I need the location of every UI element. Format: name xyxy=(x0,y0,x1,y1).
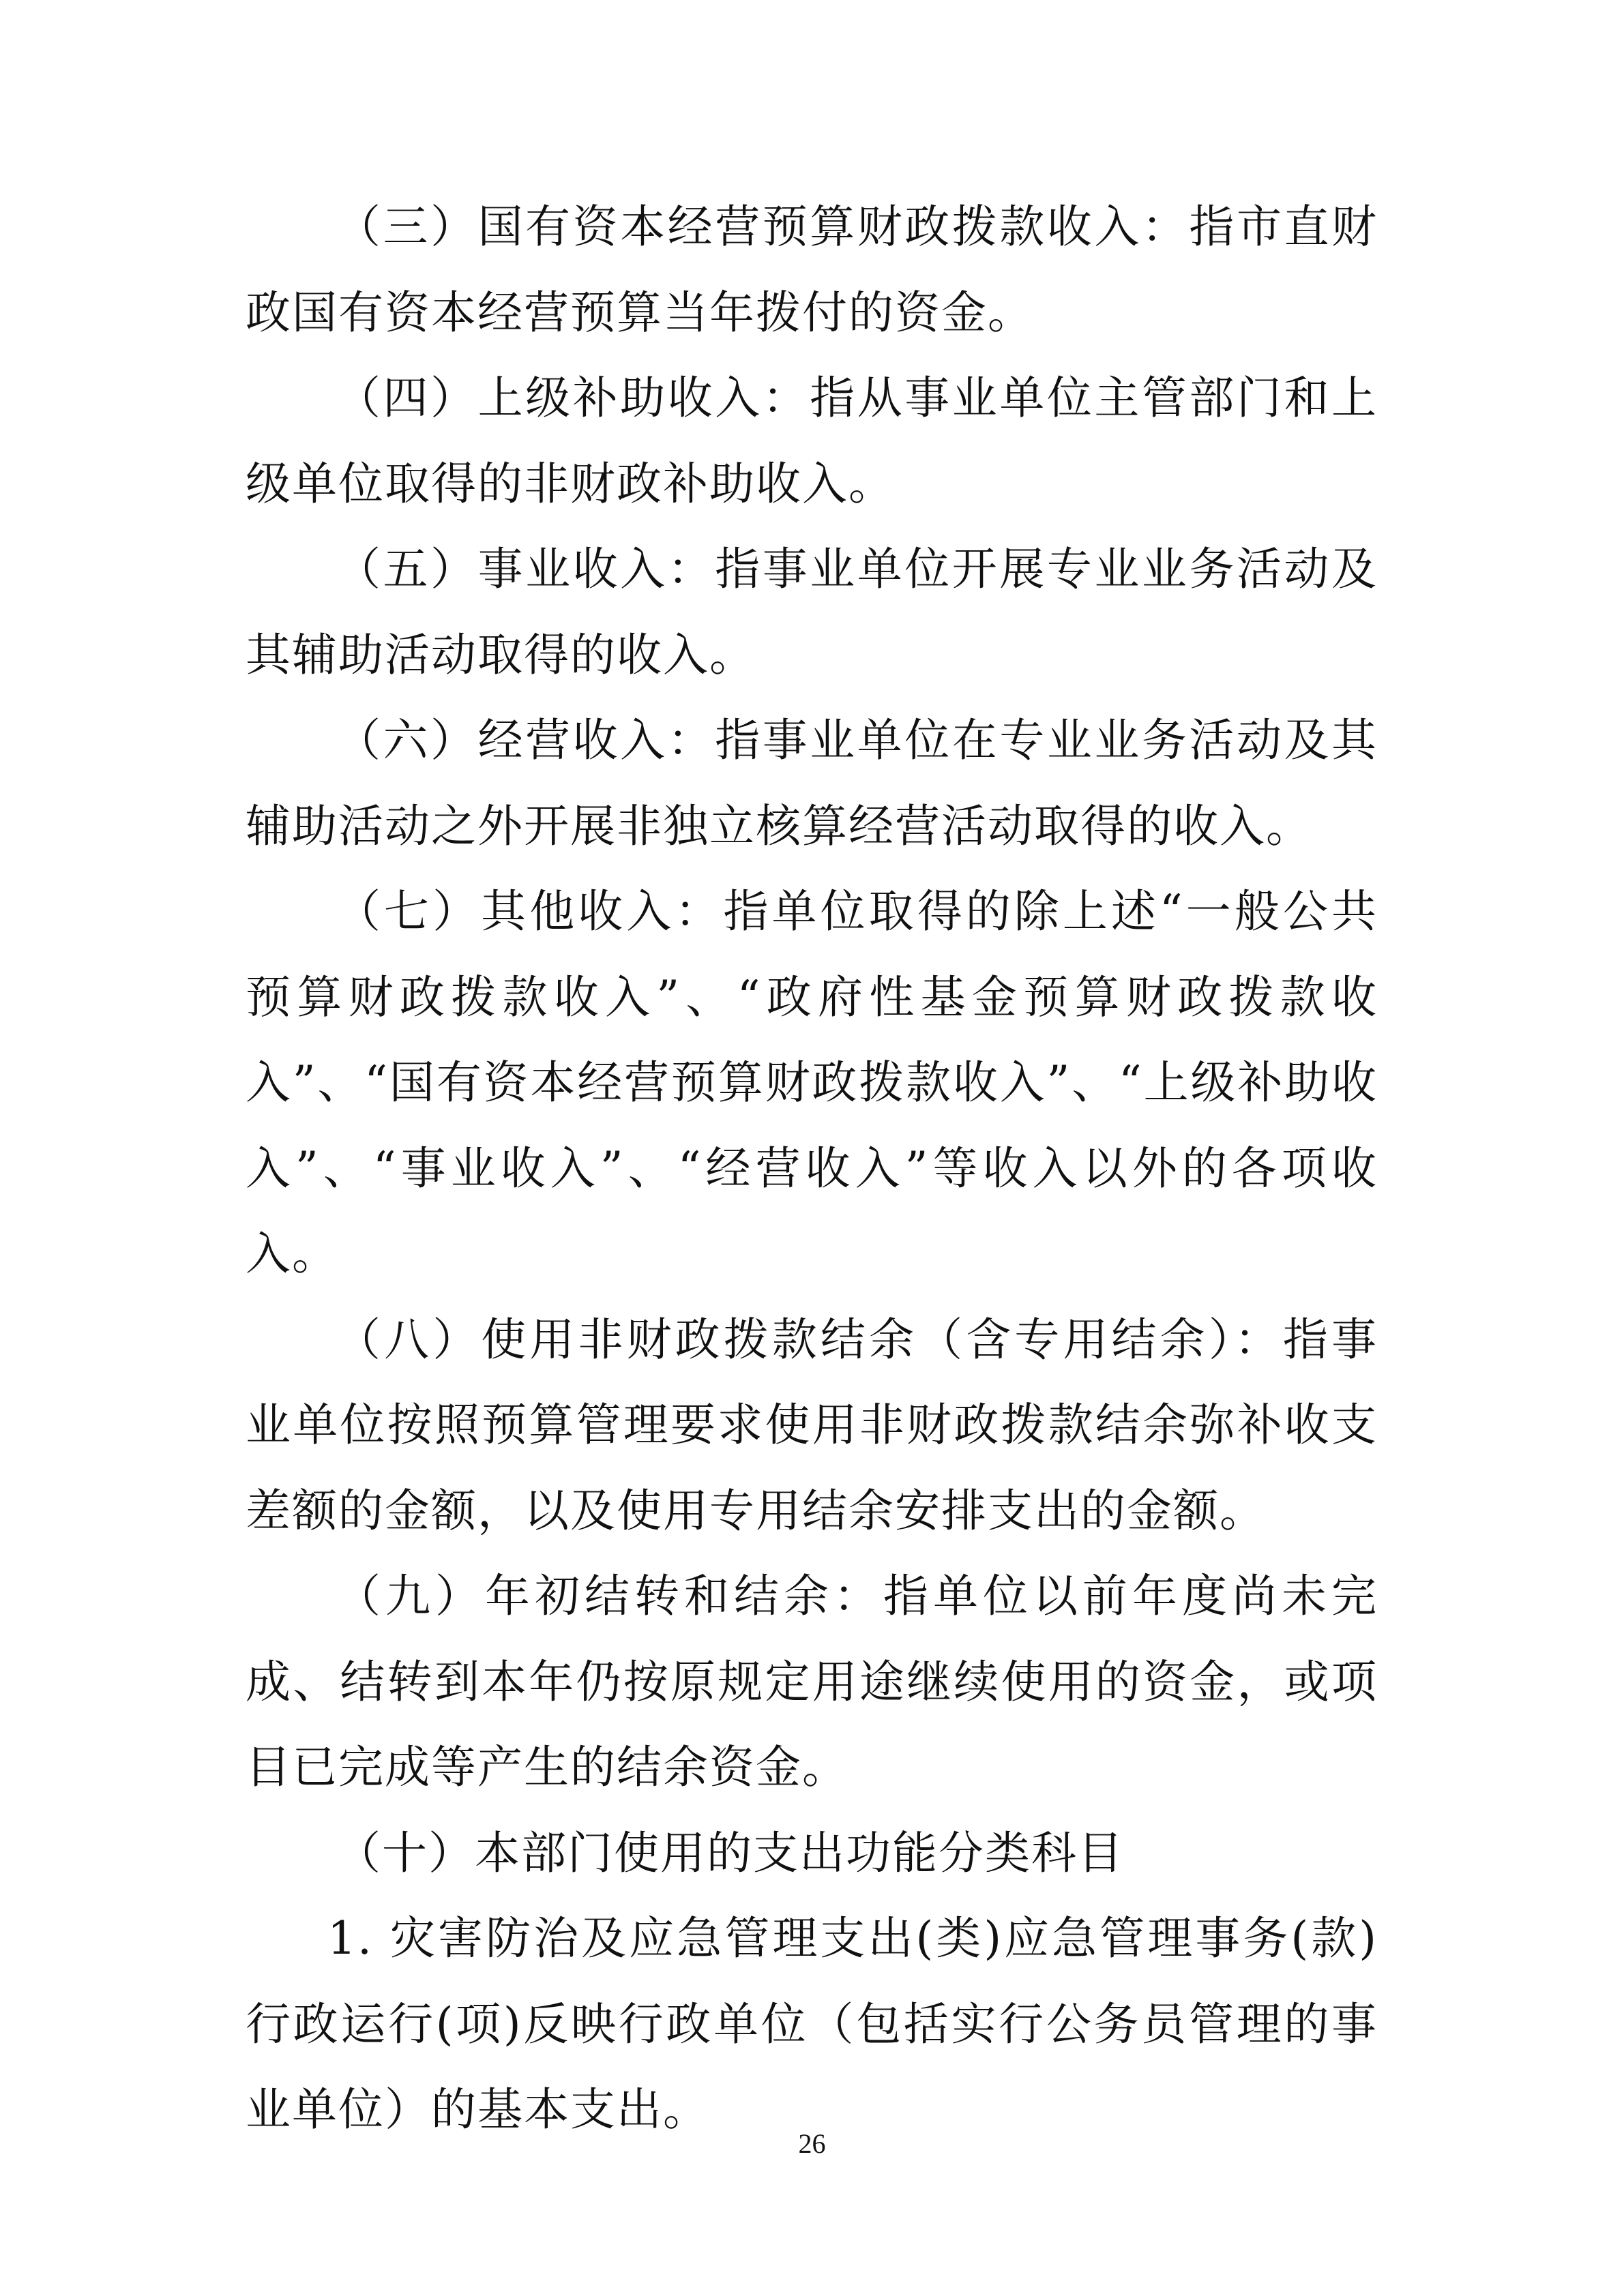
paragraph-operating-income: （六）经营收入：指事业单位在专业业务活动及其辅助活动之外开展非独立核算经营活动取… xyxy=(246,698,1378,869)
paragraph-other-income: （七）其他收入：指单位取得的除上述“一般公共预算财政拨款收入”、“政府性基金预算… xyxy=(246,869,1378,1297)
paragraph-superior-subsidy-income: （四）上级补助收入：指从事业单位主管部门和上级单位取得的非财政补助收入。 xyxy=(246,355,1378,526)
paragraph-carryover-balance: （九）年初结转和结余：指单位以前年度尚未完成、结转到本年仍按原规定用途继续使用的… xyxy=(246,1553,1378,1810)
paragraph-business-income: （五）事业收入：指事业单位开展专业业务活动及其辅助活动取得的收入。 xyxy=(246,526,1378,698)
paragraph-non-fiscal-surplus: （八）使用非财政拨款结余（含专用结余）：指事业单位按照预算管理要求使用非财政拨款… xyxy=(246,1297,1378,1554)
paragraph-state-capital-budget-income: （三）国有资本经营预算财政拨款收入：指市直财政国有资本经营预算当年拨付的资金。 xyxy=(246,184,1378,355)
paragraph-disaster-prevention-item: 1. 灾害防治及应急管理支出(类)应急管理事务(款)行政运行(项)反映行政单位（… xyxy=(246,1896,1378,2153)
paragraph-expenditure-classification-heading: （十）本部门使用的支出功能分类科目 xyxy=(246,1810,1378,1896)
page-number: 26 xyxy=(0,2128,1624,2160)
document-body: （三）国有资本经营预算财政拨款收入：指市直财政国有资本经营预算当年拨付的资金。 … xyxy=(246,184,1378,2153)
